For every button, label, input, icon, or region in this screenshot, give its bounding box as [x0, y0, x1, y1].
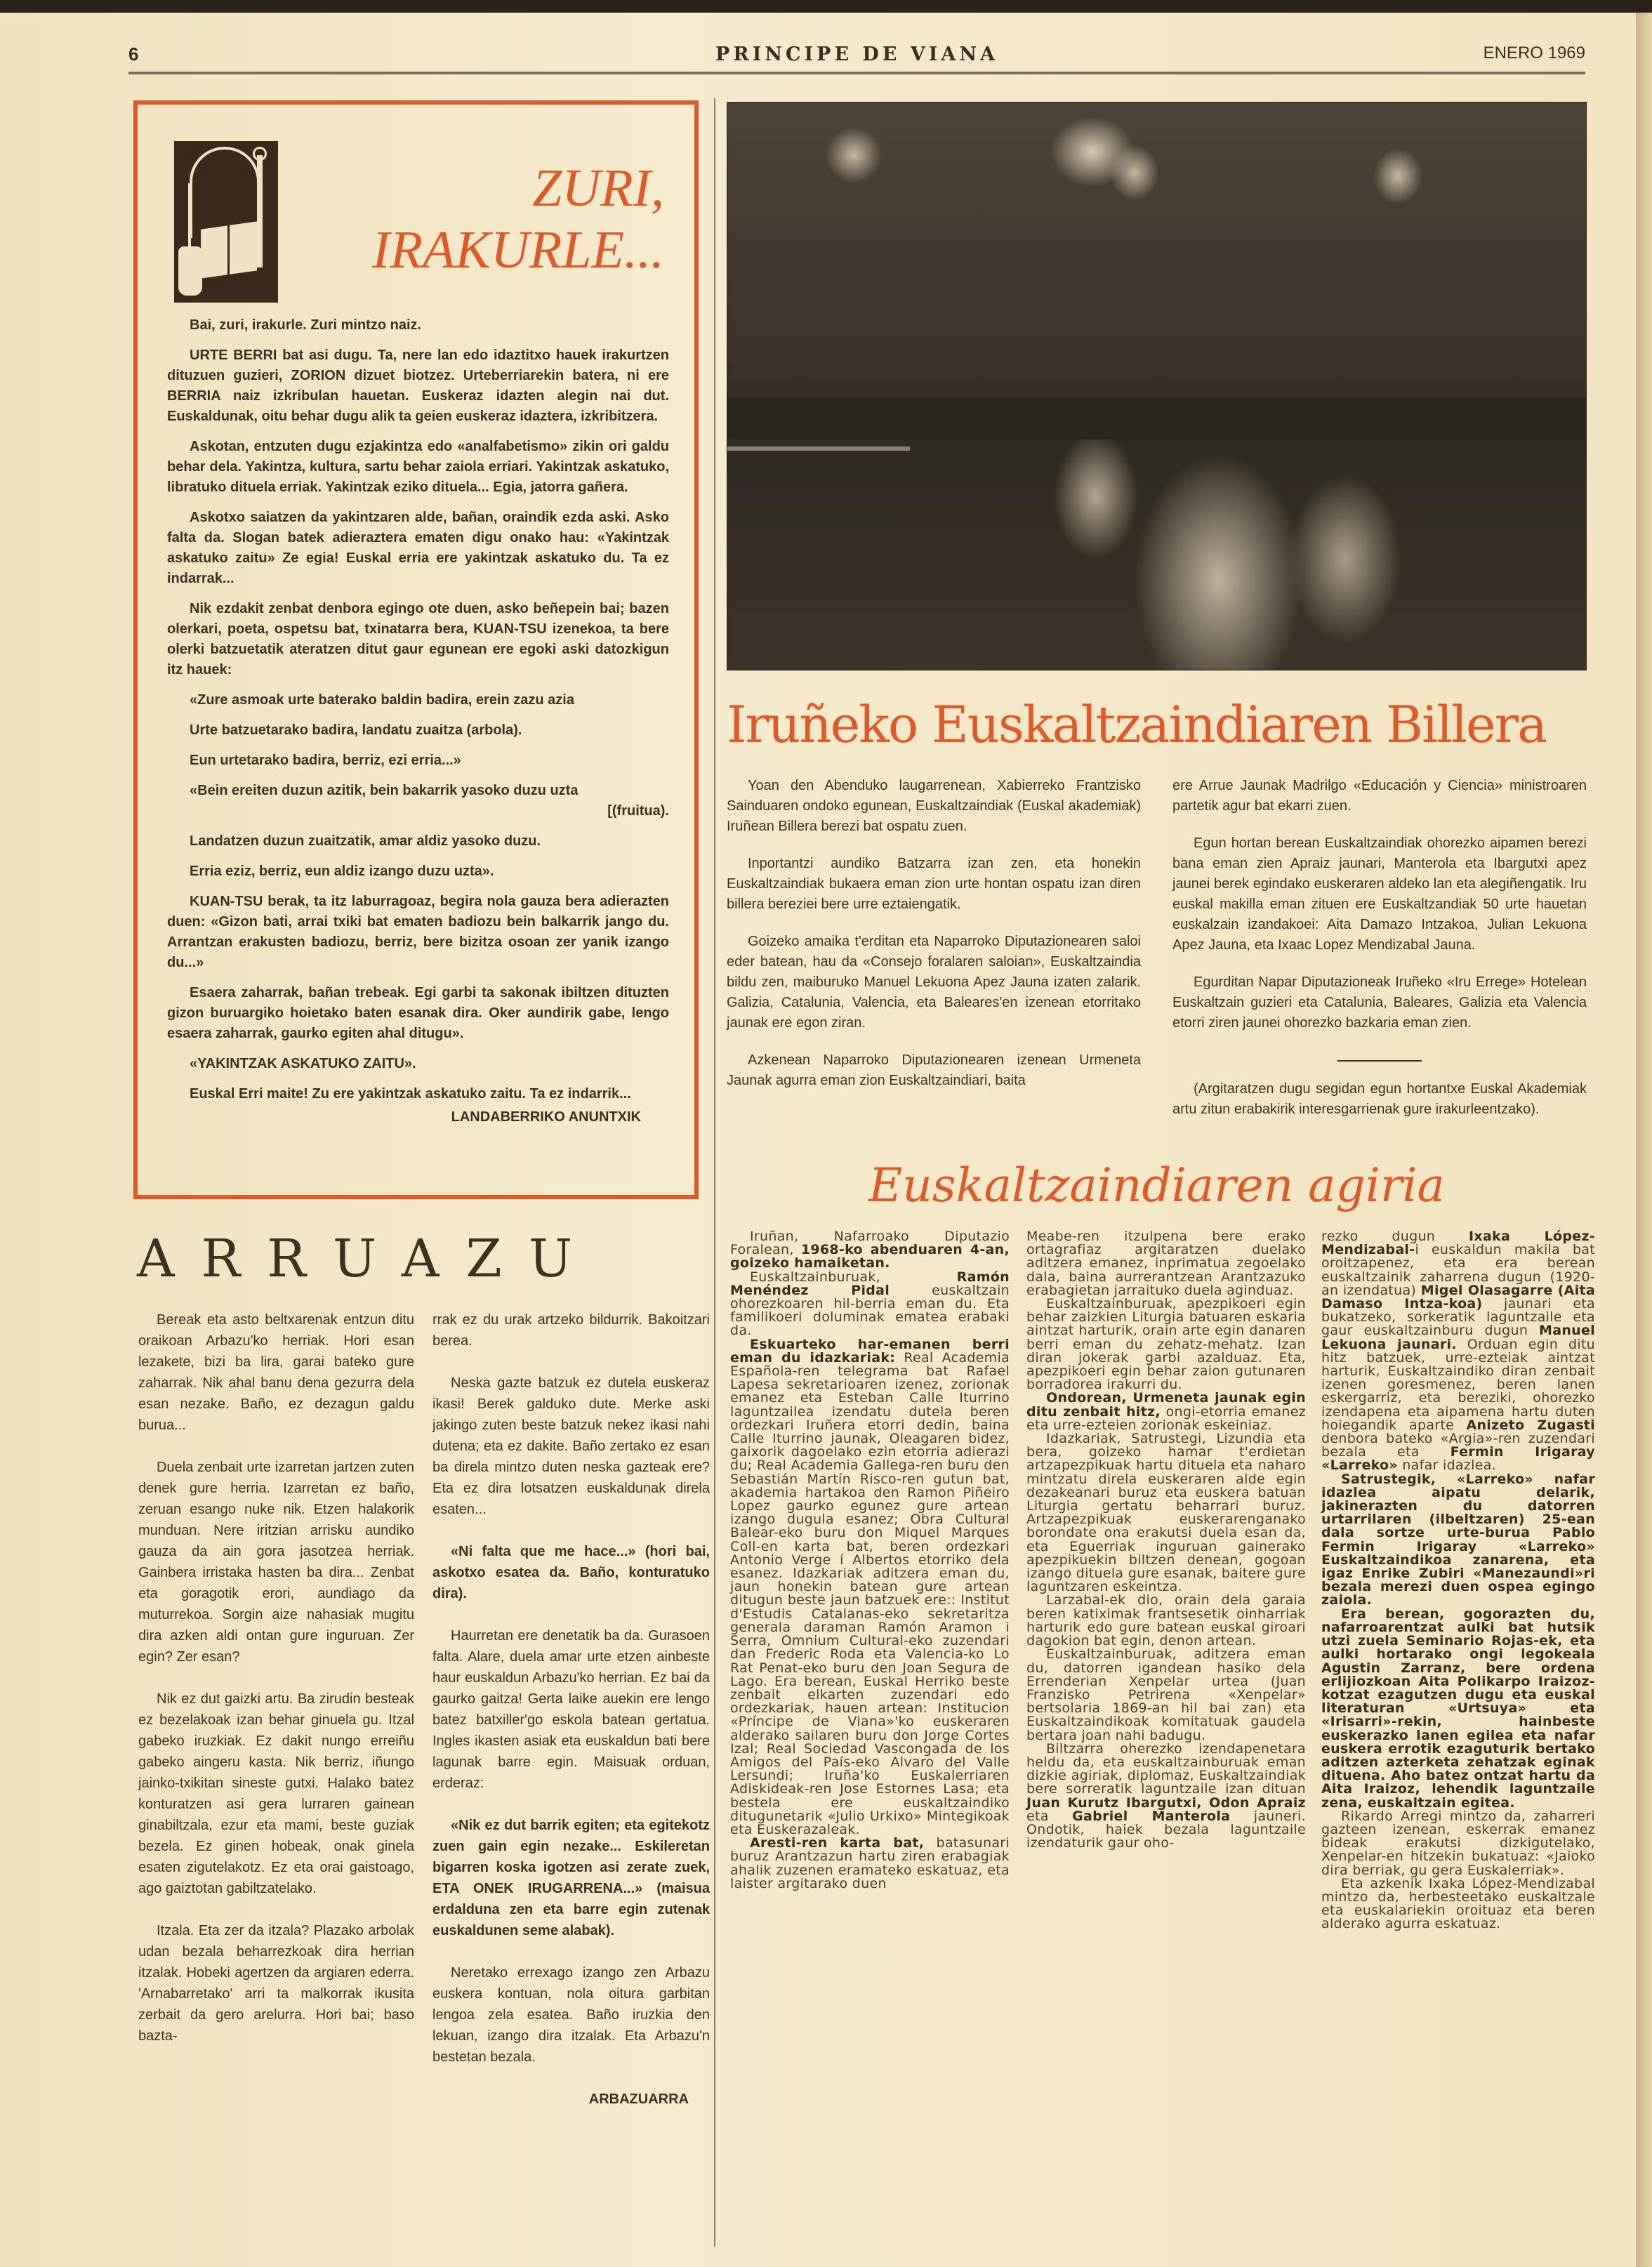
- verse-line: Eun urtetarako badira, berriz, ezi erria…: [167, 751, 669, 771]
- agiria-col-2: Meabe-ren itzulpena bere erako ortagrafi…: [1026, 1230, 1306, 1850]
- paragraph: Itzala. Eta zer da itzala? Plazako arbol…: [138, 1920, 414, 2047]
- paragraph: rrak ez du urak artzeko bildurrik. Bakoi…: [432, 1309, 710, 1351]
- paragraph: ere Arrue Jaunak Madrilgo «Educación y C…: [1172, 776, 1587, 817]
- meeting-hall-photo: [727, 102, 1587, 670]
- signature: LANDABERRIKO ANUNTXIK: [167, 1107, 669, 1128]
- paragraph: Askotan, entzuten dugu ezjakintza edo «a…: [167, 437, 669, 498]
- paragraph: «YAKINTZAK ASKATUKO ZAITU».: [167, 1054, 669, 1074]
- paragraph: Egurditan Napar Diputazioneak Iruñeko «I…: [1172, 972, 1587, 1033]
- paragraph: «Nik ez dut barrik egiten; eta egitekotz…: [432, 1815, 710, 1941]
- woodcut-book-candle-icon: [174, 141, 278, 303]
- paragraph: Bereak eta asto beltxarenak entzun ditu …: [138, 1309, 414, 1436]
- paragraph: Neretako errexago izango zen Arbazu eusk…: [432, 1962, 710, 2068]
- issue-date: ENERO 1969: [1484, 44, 1585, 63]
- billera-headline: Iruñeko Euskaltzaindiaren Billera: [727, 695, 1587, 754]
- paragraph: Esaera zaharrak, bañan trebeak. Egi garb…: [167, 983, 669, 1044]
- paragraph: Yoan den Abenduko laugarrenean, Xabierre…: [727, 776, 1141, 837]
- paragraph: Haurretan ere denetatik ba da. Gurasoen …: [432, 1625, 710, 1794]
- verse-line: Erria eziz, berriz, eun aldiz izango duz…: [167, 861, 669, 882]
- zuri-irakurle-box: ZURI, IRAKURLE... Bai, zuri, irakurle. Z…: [133, 100, 699, 1199]
- paragraph: URTE BERRI bat asi dugu. Ta, nere lan ed…: [167, 345, 669, 427]
- paragraph: Neska gazte batzuk ez dutela euskeraz ik…: [432, 1373, 710, 1520]
- zuri-irakurle-title: ZURI, IRAKURLE...: [348, 157, 664, 281]
- agiria-col-1: Iruñan, Nafarroako Diputazio Foralean, 1…: [730, 1230, 1010, 1891]
- verse-line: «Zure asmoak urte baterako baldin badira…: [167, 690, 669, 710]
- agiria-col-3: rezko dugun Ixaka López-Mendizabal-i eus…: [1321, 1230, 1595, 1931]
- paragraph: Egun hortan berean Euskaltzaindiak ohore…: [1172, 833, 1587, 956]
- paragraph: Goizeko amaika t'erditan eta Naparroko D…: [727, 932, 1141, 1033]
- paragraph: (Argitaratzen dugu segidan egun hortantx…: [1172, 1079, 1587, 1120]
- paragraph: Askotxo saiatzen da yakintzaren alde, ba…: [167, 508, 669, 589]
- billera-col-1: Yoan den Abenduko laugarrenean, Xabierre…: [727, 776, 1141, 1091]
- paragraph: Duela zenbait urte izarretan jartzen zut…: [138, 1457, 414, 1667]
- page-edge: [1636, 13, 1652, 2267]
- verse-line: Urte batzuetarako badira, landatu zuaitz…: [167, 720, 669, 741]
- column-divider: [714, 98, 715, 2247]
- arruazu-headline: ARRUAZU: [137, 1229, 709, 1289]
- billera-col-2: ere Arrue Jaunak Madrilgo «Educación y C…: [1172, 776, 1587, 1137]
- header-rule: [128, 72, 1585, 74]
- agiria-headline: Euskaltzaindiaren agiria: [727, 1158, 1587, 1212]
- paragraph: Azkenean Naparroko Diputazionearen izene…: [727, 1050, 1141, 1091]
- verse-line: [(fruitua).: [167, 801, 669, 821]
- verse-line: «Bein ereiten duzun azitik, bein bakarri…: [167, 781, 669, 801]
- paragraph: «Ni falta que me hace...» (hori bai, ask…: [432, 1541, 710, 1604]
- arruazu-col-2: rrak ez du urak artzeko bildurrik. Bakoi…: [432, 1309, 710, 2131]
- paragraph: KUAN-TSU berak, ta itz laburragoaz, begi…: [167, 892, 669, 973]
- separator-rule: [1172, 1050, 1587, 1071]
- page-header: 6 PRINCIPE DE VIANA ENERO 1969: [128, 44, 1585, 65]
- paragraph: Inportantzi aundiko Batzarra izan zen, e…: [727, 854, 1141, 915]
- signature: ARBAZUARRA: [432, 2089, 710, 2110]
- publication-title: PRINCIPE DE VIANA: [128, 44, 1585, 65]
- arruazu-col-1: Bereak eta asto beltxarenak entzun ditu …: [138, 1309, 414, 2068]
- verse-line: Landatzen duzun zuaitzatik, amar aldiz y…: [167, 831, 669, 852]
- paragraph: Nik ez dut gaizki artu. Ba zirudin beste…: [138, 1688, 414, 1899]
- paragraph: Nik ezdakit zenbat denbora egingo ote du…: [167, 599, 669, 680]
- paragraph: Bai, zuri, irakurle. Zuri mintzo naiz.: [167, 315, 669, 336]
- zuri-irakurle-body: Bai, zuri, irakurle. Zuri mintzo naiz. U…: [167, 315, 669, 1137]
- paragraph: Euskal Erri maite! Zu ere yakintzak aska…: [167, 1084, 669, 1104]
